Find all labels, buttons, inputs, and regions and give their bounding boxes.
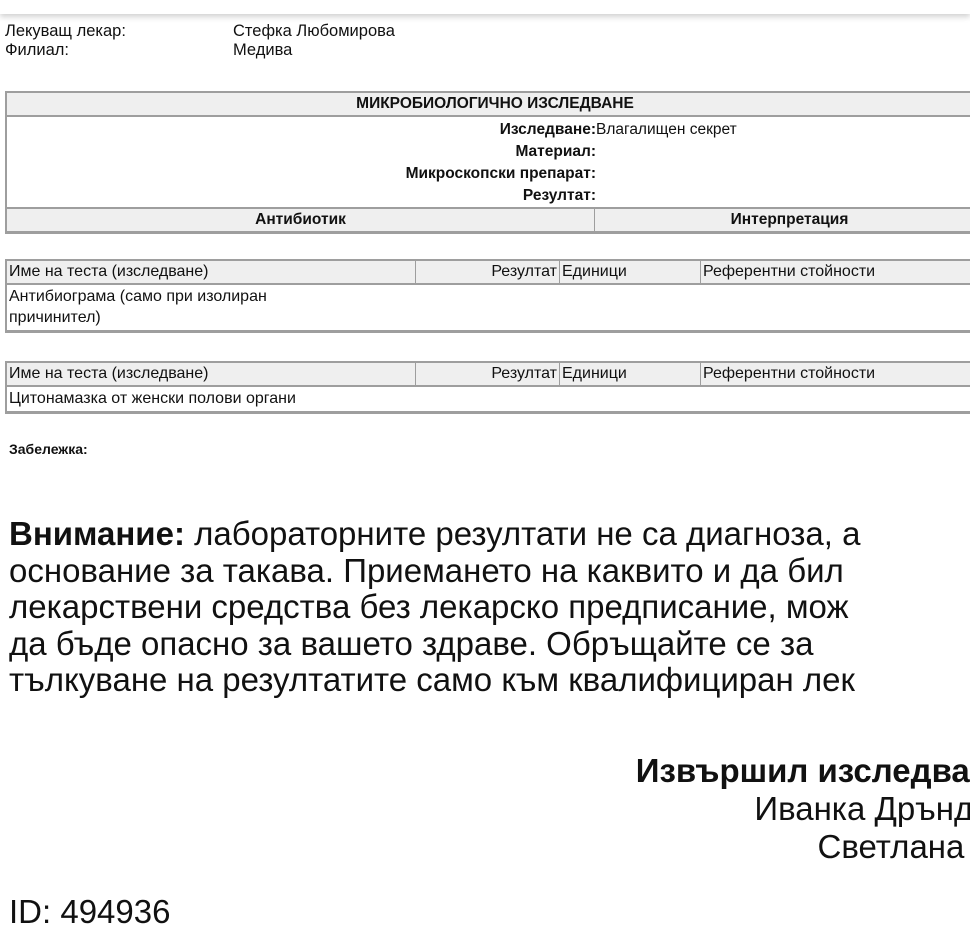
microbiology-fields: Изследване: Влагалищен секрет Материал: … — [6, 116, 970, 208]
record-id: ID: 494936 — [9, 894, 170, 930]
doctor-value: Стефка Любомирова — [233, 22, 395, 41]
column-header-reference: Референтни стойности — [701, 362, 970, 386]
performed-by: Извършил изследвани Иванка Дръндар Светл… — [636, 752, 970, 866]
table-header-row: Име на теста (изследване) Резултат Едини… — [6, 362, 970, 386]
field-value: Влагалищен секрет — [596, 119, 737, 141]
test-name: Цитонамазка от женски полови органи — [9, 388, 970, 409]
doctor-row: Лекуващ лекар: Стефка Любомирова — [5, 22, 395, 41]
field-label: Микроскопски препарат: — [7, 163, 596, 185]
column-header-test-name: Име на теста (изследване) — [6, 362, 416, 386]
warning-line: лекарствени средства без лекарско предпи… — [9, 589, 970, 626]
warning-label: Внимание: — [9, 515, 185, 552]
warning-line: да бъде опасно за вашето здраве. Обръщай… — [9, 626, 970, 663]
warning-text: Внимание: лабораторните резултати не са … — [9, 516, 970, 699]
test-table-cytology: Име на теста (изследване) Резултат Едини… — [5, 361, 970, 414]
test-name: Антибиограма (само при изолиран причинит… — [9, 286, 349, 328]
field-result: Резултат: — [7, 185, 970, 207]
warning-line: Внимание: лабораторните резултати не са … — [9, 516, 970, 553]
performer-name: Светлана Ак — [636, 828, 970, 866]
microbiology-title: МИКРОБИОЛОГИЧНО ИЗСЛЕДВАНЕ — [6, 92, 970, 116]
branch-label: Филиал: — [5, 41, 233, 60]
antibiotic-column-header: Антибиотик — [6, 208, 595, 233]
warning-line: основание за такава. Приемането на какви… — [9, 553, 970, 590]
warning-line-text: лабораторните резултати не са диагноза, … — [185, 515, 860, 552]
column-header-result: Резултат — [416, 260, 560, 284]
test-name-cell: Антибиограма (само при изолиран причинит… — [6, 284, 970, 332]
performed-by-heading: Извършил изследвани — [636, 752, 970, 790]
field-label: Резултат: — [7, 185, 596, 207]
field-label: Изследване: — [7, 119, 596, 141]
column-header-units: Единици — [560, 260, 701, 284]
table-row: Цитонамазка от женски полови органи — [6, 386, 970, 413]
test-table-antibiogram: Име на теста (изследване) Резултат Едини… — [5, 259, 970, 333]
patient-info: Лекуващ лекар: Стефка Любомирова Филиал:… — [5, 22, 395, 60]
column-header-test-name: Име на теста (изследване) — [6, 260, 416, 284]
note-label: Забележка: — [9, 441, 88, 457]
doctor-label: Лекуващ лекар: — [5, 22, 233, 41]
field-examination: Изследване: Влагалищен секрет — [7, 119, 970, 141]
column-header-units: Единици — [560, 362, 701, 386]
performer-name: Иванка Дръндар — [636, 790, 970, 828]
branch-row: Филиал: Медива — [5, 41, 395, 60]
table-header-row: Име на теста (изследване) Резултат Едини… — [6, 260, 970, 284]
table-row: Антибиограма (само при изолиран причинит… — [6, 284, 970, 332]
branch-value: Медива — [233, 41, 292, 60]
field-label: Материал: — [7, 141, 596, 163]
column-header-result: Резултат — [416, 362, 560, 386]
column-header-reference: Референтни стойности — [701, 260, 970, 284]
test-name-cell: Цитонамазка от женски полови органи — [6, 386, 970, 413]
interpretation-column-header: Интерпретация — [595, 208, 970, 233]
microbiology-table: МИКРОБИОЛОГИЧНО ИЗСЛЕДВАНЕ Изследване: В… — [5, 91, 970, 234]
top-bar — [0, 0, 970, 14]
warning-line: тълкуване на резултатите само към квалиф… — [9, 662, 970, 699]
field-material: Материал: — [7, 141, 970, 163]
field-microscopy: Микроскопски препарат: — [7, 163, 970, 185]
